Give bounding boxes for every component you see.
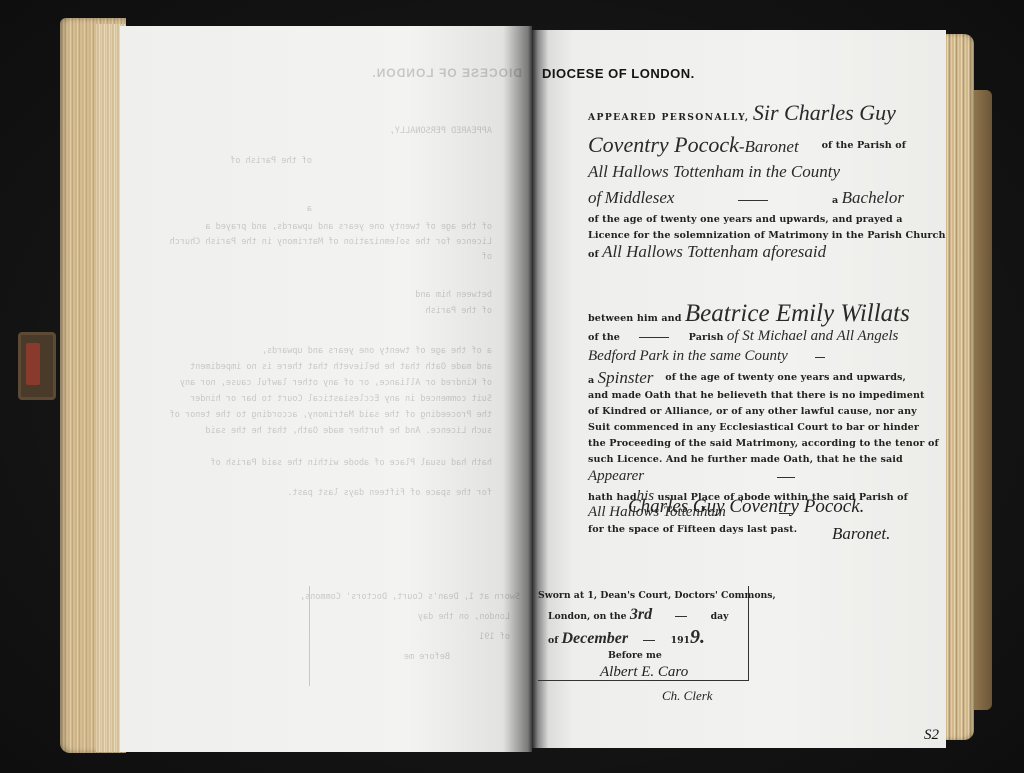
of-label: of xyxy=(548,635,558,646)
between-row: between him and Beatrice Emily Willats xyxy=(588,300,898,328)
sworn-date-row: London, on the 3rd day xyxy=(548,606,729,624)
bleed-line: the Proceeding of the said Matrimony, ac… xyxy=(170,410,492,420)
official-signature: Albert E. Caro xyxy=(600,664,688,681)
bleed-line: for the space of Fifteen days last past. xyxy=(287,488,492,498)
county-row: of Middlesex a Bachelor xyxy=(588,188,898,208)
dash-line xyxy=(639,337,669,338)
oath-line: Suit commenced in any Ecclesiastical Cou… xyxy=(588,422,898,433)
bleed-through-text: DIOCESE OF LONDON. APPEARED PERSONALLY, … xyxy=(120,26,532,752)
of-parish-label: of the Parish of xyxy=(822,140,906,151)
bleed-line: between him and xyxy=(415,290,492,300)
licence-line: Licence for the solemnization of Matrimo… xyxy=(588,230,898,241)
county-prefix: of xyxy=(588,188,601,207)
bleed-line: Suit commenced in any Ecclesiastical Cou… xyxy=(190,394,492,404)
parish-row: All Hallows Tottenham in the County xyxy=(588,162,898,182)
bleed-line: of the Parish xyxy=(425,306,492,316)
oath-line: of Kindred or Alliance, or of any other … xyxy=(588,406,898,417)
condition-spinster: Spinster xyxy=(598,368,654,387)
appellant-name-2: Coventry Pocock xyxy=(588,132,739,157)
appellant-rank: -Baronet xyxy=(739,137,799,156)
bleed-line: Licence for the solemnization of Matrimo… xyxy=(170,237,492,247)
year-suffix: 9. xyxy=(690,626,705,648)
oath-line: and made Oath that he believeth that the… xyxy=(588,390,898,401)
dash-line xyxy=(777,477,795,478)
bleed-line: of 191 xyxy=(479,632,510,642)
said-party: Appearer xyxy=(588,468,644,484)
parish-label: Parish xyxy=(689,332,724,343)
oath-line: such Licence. And he further made Oath, … xyxy=(588,454,898,465)
of-the-label: of the xyxy=(588,332,620,343)
spinster-row: a Spinster of the age of twenty one year… xyxy=(588,368,898,388)
appellant-name-1: Sir Charles Guy xyxy=(753,100,896,125)
dash-line xyxy=(675,616,687,617)
before-me: Before me xyxy=(608,650,662,661)
appeared-label: APPEARED PERSONALLY, xyxy=(588,112,750,123)
spouse-parish-row: of the Parish of St Michael and All Ange… xyxy=(588,328,898,345)
bleed-line: and made Oath that he believeth that the… xyxy=(190,362,492,372)
appellant-signature: Charles Guy Coventry Pocock. xyxy=(628,496,864,518)
day-value: 3rd xyxy=(630,606,652,623)
dash-line xyxy=(738,200,768,201)
day-label: day xyxy=(711,611,729,622)
bleed-line: of the Parish of xyxy=(230,156,312,166)
a-label: a xyxy=(832,195,838,206)
dash-line xyxy=(815,357,825,358)
month: December xyxy=(561,630,628,647)
age-line: of the age of twenty one years and upwar… xyxy=(588,214,898,225)
condition-bachelor: Bachelor xyxy=(842,188,904,207)
oath-line: the Proceeding of the said Matrimony, ac… xyxy=(588,438,898,449)
folio-mark: S2 xyxy=(924,727,939,744)
london-on-the: London, on the xyxy=(548,611,627,622)
clasp-strap xyxy=(26,343,40,385)
church-name: All Hallows Tottenham aforesaid xyxy=(602,242,826,261)
spouse-parish-1: of St Michael and All Angels xyxy=(727,328,899,344)
bleed-line: a xyxy=(307,204,312,214)
bleed-line: of xyxy=(482,252,492,262)
church-prefix: of xyxy=(588,249,599,260)
bleed-line: hath had usual Place of abode within the… xyxy=(211,458,492,468)
bleed-line: London, on the day xyxy=(418,612,510,622)
year-prefix: 191 xyxy=(671,635,690,646)
bleed-line: Sworn at 1, Dean's Court, Doctors' Commo… xyxy=(300,592,520,602)
book-clasp xyxy=(18,332,56,400)
between-label: between him and xyxy=(588,313,682,324)
spouse-parish-row-2: Bedford Park in the same County xyxy=(588,348,898,365)
spouse-name: Beatrice Emily Willats xyxy=(685,300,910,327)
bleed-line: APPEARED PERSONALLY, xyxy=(390,126,492,136)
appellant-signature-title: Baronet. xyxy=(832,524,890,544)
appellant-parish: All Hallows Tottenham in the County xyxy=(588,162,840,181)
bleed-line: such Licence. And he further made Oath, … xyxy=(205,426,492,436)
dash-line xyxy=(643,640,655,641)
diocese-header: DIOCESE OF LONDON. xyxy=(542,66,695,81)
sworn-month-row: of December 1919. xyxy=(548,626,705,649)
spouse-parish-2: Bedford Park in the same County xyxy=(588,348,788,364)
bleed-line: a of the age of twenty one years and upw… xyxy=(262,346,492,356)
church-row: of All Hallows Tottenham aforesaid xyxy=(588,242,898,262)
bleed-line: of the age of twenty one years and upwar… xyxy=(205,222,492,232)
a-label-2: a xyxy=(588,375,594,386)
bleed-line: of Kindred or Alliance, or of any other … xyxy=(180,378,492,388)
official-title: Ch. Clerk xyxy=(662,688,713,704)
right-page-edges xyxy=(944,34,974,740)
age-line-2: of the age of twenty one years and upwar… xyxy=(665,372,906,383)
bleed-header: DIOCESE OF LONDON. xyxy=(371,66,522,80)
right-page: DIOCESE OF LONDON. APPEARED PERSONALLY, … xyxy=(532,30,946,748)
county-name: Middlesex xyxy=(605,188,675,207)
said-party-row: Appearer xyxy=(588,468,898,485)
appellant-row: Coventry Pocock-Baronet of the Parish of xyxy=(588,132,898,158)
bleed-sworn-box: Sworn at 1, Dean's Court, Doctors' Commo… xyxy=(309,586,520,686)
bleed-line: Before me xyxy=(404,652,450,662)
sworn-line-1: Sworn at 1, Dean's Court, Doctors' Commo… xyxy=(538,590,776,601)
appeared-row: APPEARED PERSONALLY, Sir Charles Guy xyxy=(588,100,898,126)
left-page: DIOCESE OF LONDON. APPEARED PERSONALLY, … xyxy=(120,26,532,752)
